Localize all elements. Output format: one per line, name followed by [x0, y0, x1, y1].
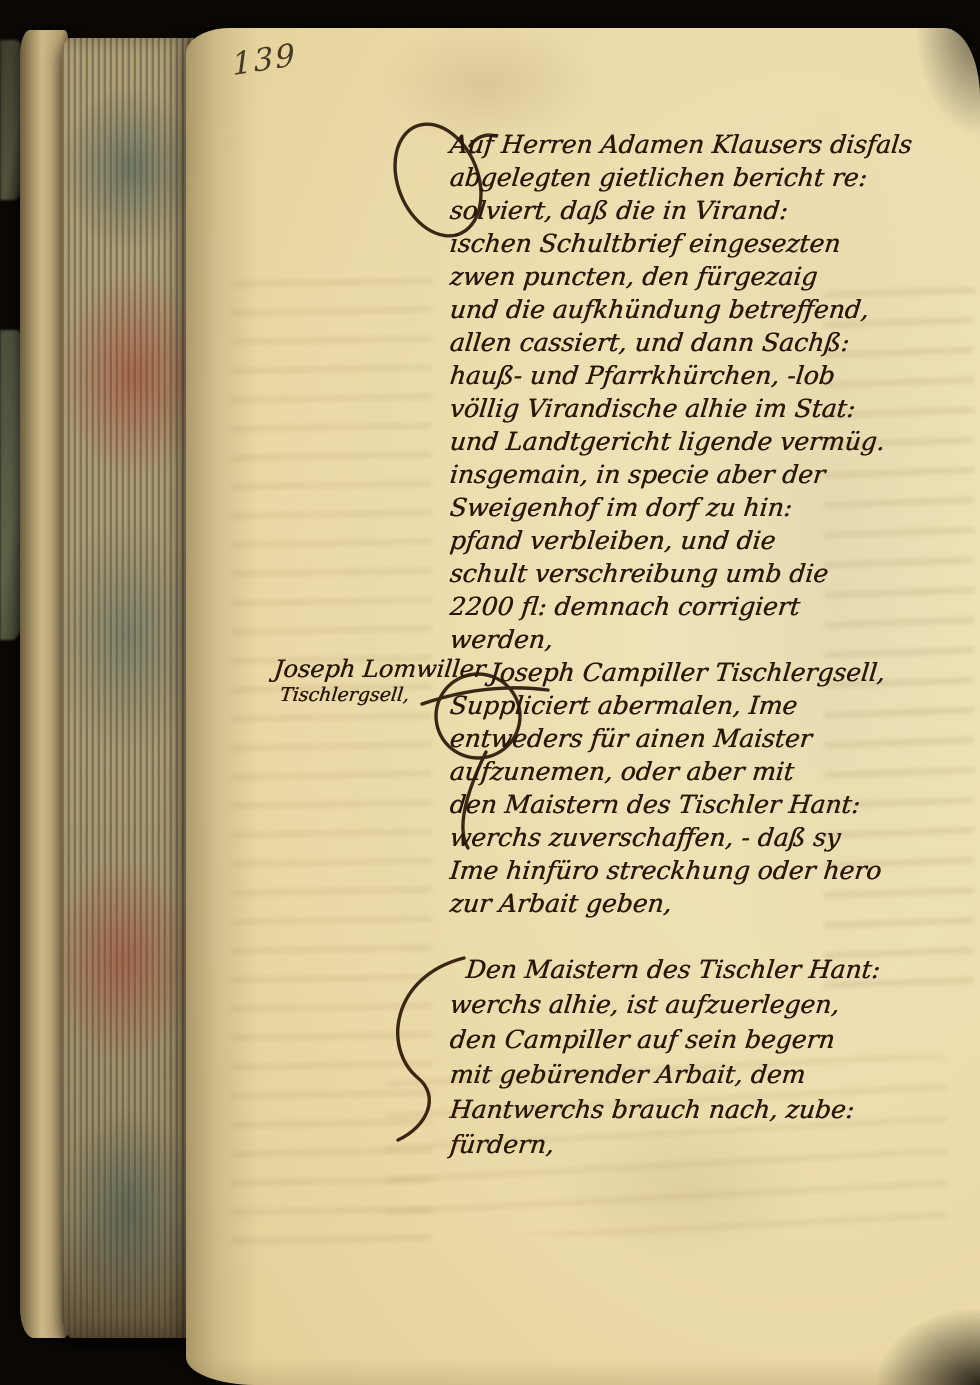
manuscript-line: solviert, daß die in Virand: [448, 194, 914, 227]
paragraph-resolution: Auf Herren Adamen Klausers disfalsabgele… [450, 128, 912, 656]
manuscript-line: abgelegten gietlichen bericht re: [448, 161, 914, 194]
manuscript-line: Hantwerchs brauch nach, zube: [448, 1092, 882, 1127]
book-fore-edge [62, 38, 194, 1338]
manuscript-line: Ime hinfüro streckhung oder hero [448, 854, 887, 887]
manuscript-line: ischen Schultbrief eingesezten [448, 227, 914, 260]
paragraph-supplication: Joseph Campiller Tischlergsell,Supplicie… [450, 656, 885, 920]
manuscript-line: werchs zuverschaffen, - daß sy [448, 821, 887, 854]
manuscript-line: 2200 fl: demnach corrigiert [448, 590, 914, 623]
manuscript-line: hauß- und Pfarrkhürchen, -lob [448, 359, 914, 392]
manuscript-line: werchs alhie, ist aufzuerlegen, [448, 987, 882, 1022]
manuscript-line: werden, [448, 623, 914, 656]
manuscript-line: den Maistern des Tischler Hant: [448, 788, 887, 821]
manuscript-line: Joseph Campiller Tischlergsell, [448, 656, 887, 689]
manuscript-page: 139 Joseph Lomwiller Tischlergsell, Auf … [186, 28, 980, 1385]
page-number: 139 [231, 37, 297, 83]
manuscript-line: und Landtgericht ligende vermüg. [448, 425, 914, 458]
manuscript-line: insgemain, in specie aber der [448, 458, 914, 491]
parchment-cover-edge [20, 30, 68, 1338]
manuscript-line: Auf Herren Adamen Klausers disfals [448, 128, 914, 161]
manuscript-line: zwen puncten, den fürgezaig [448, 260, 914, 293]
manuscript-line: und die aufkhündung betreffend, [448, 293, 914, 326]
manuscript-line: Suppliciert abermalen, Ime [448, 689, 887, 722]
manuscript-line: zur Arbait geben, [448, 887, 887, 920]
manuscript-line: Sweigenhof im dorf zu hin: [448, 491, 914, 524]
manuscript-line: den Campiller auf sein begern [448, 1022, 882, 1057]
paragraph-decree: Den Maistern des Tischler Hant:werchs al… [450, 952, 880, 1162]
manuscript-line: pfand verbleiben, und die [448, 524, 914, 557]
manuscript-line: Den Maistern des Tischler Hant: [448, 952, 882, 987]
manuscript-line: schult verschreibung umb die [448, 557, 914, 590]
manuscript-line: völlig Virandische alhie im Stat: [448, 392, 914, 425]
manuscript-line: entweders für ainen Maister [448, 722, 887, 755]
manuscript-line: aufzunemen, oder aber mit [448, 755, 887, 788]
ink-bleedthrough [232, 258, 432, 1248]
manuscript-line: fürdern, [448, 1127, 882, 1162]
manuscript-line: mit gebürender Arbait, dem [448, 1057, 882, 1092]
manuscript-line: allen cassiert, und dann Sachß: [448, 326, 914, 359]
manuscript-photo: 139 Joseph Lomwiller Tischlergsell, Auf … [0, 0, 980, 1385]
